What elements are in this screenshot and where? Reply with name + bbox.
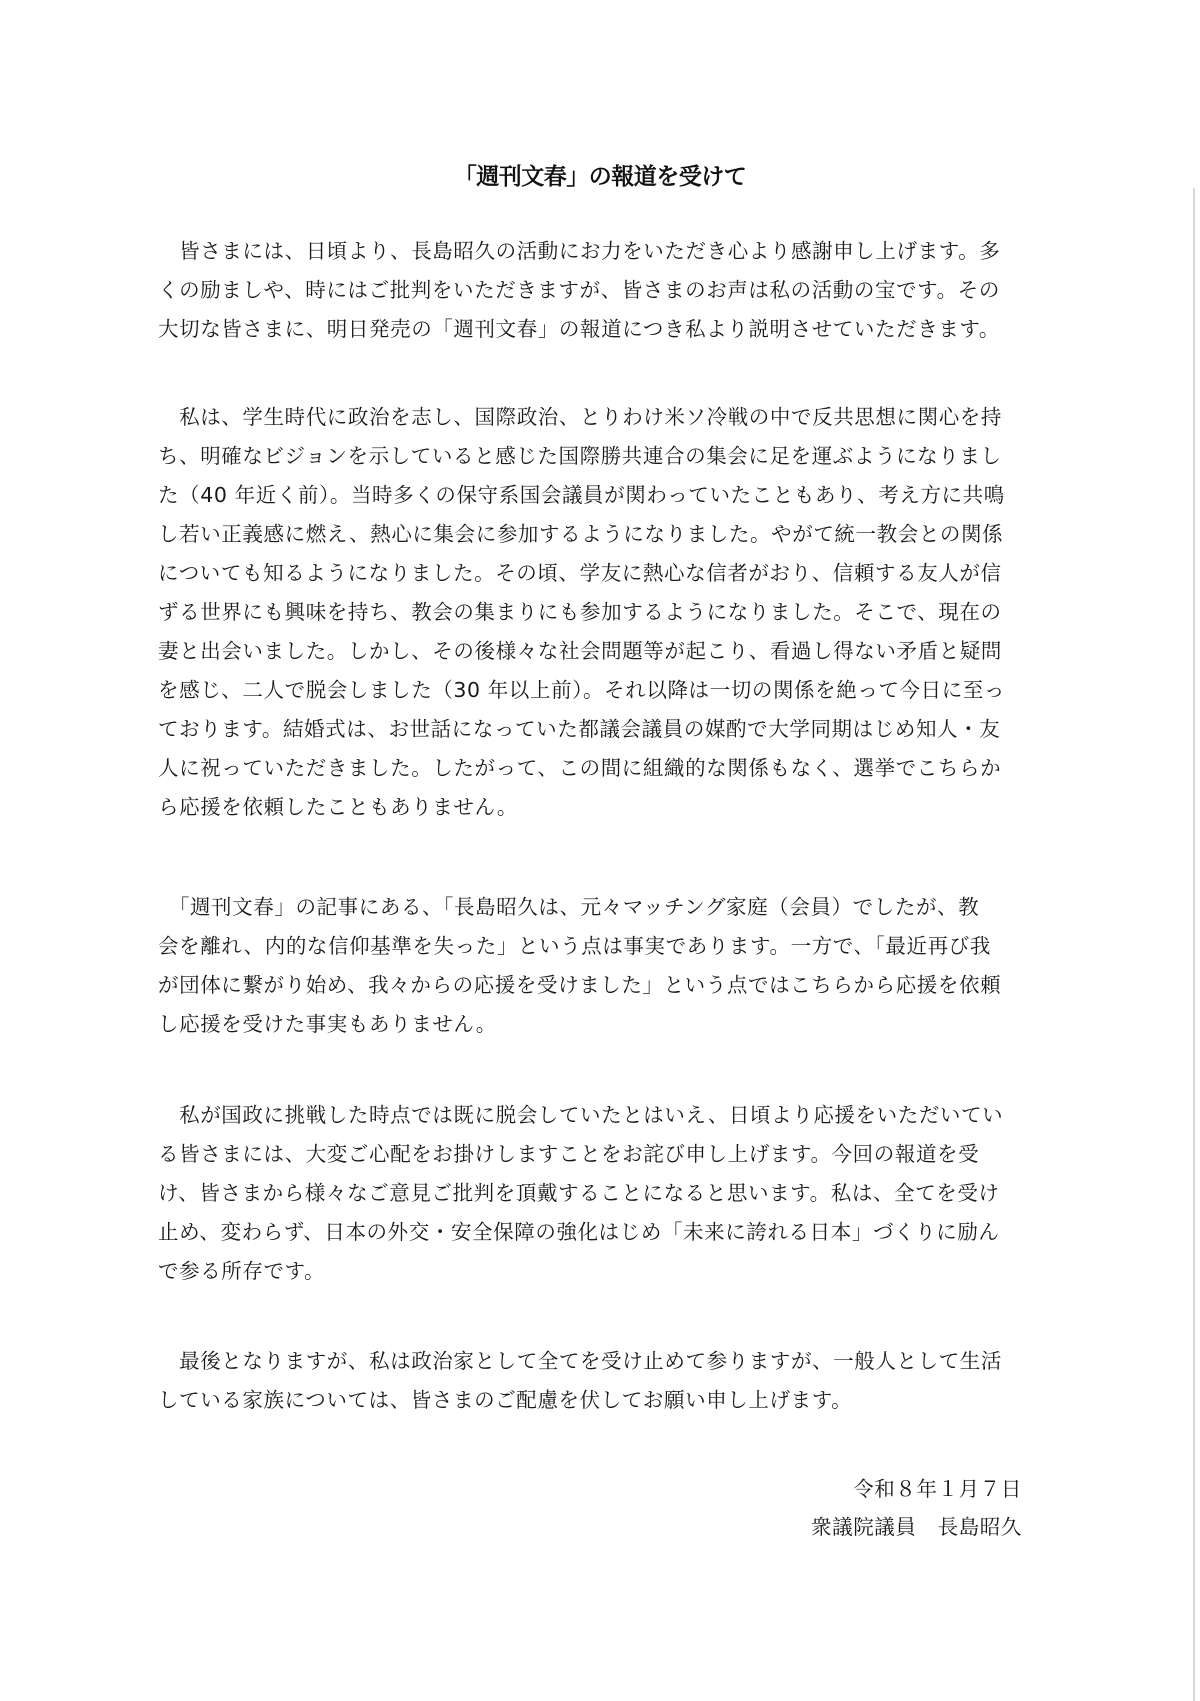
- text-line: ら応援を依頼したこともありません。: [158, 788, 1018, 827]
- signature-block: 令和８年１月７日 衆議院議員 長島昭久: [811, 1470, 1022, 1546]
- scan-edge-line: [1193, 188, 1195, 1701]
- text-line: ち、明確なビジョンを示していると感じた国際勝共連合の集会に足を運ぶようになりまし: [158, 437, 1018, 476]
- text-line: 皆さまには、日頃より、長島昭久の活動にお力をいただき心より感謝申し上げます。多: [158, 232, 1018, 271]
- text-line: を感じ、二人で脱会しました（30 年以上前）。それ以降は一切の関係を絶って今日に…: [158, 671, 1018, 710]
- text-line: についても知るようになりました。その頃、学友に熱心な信者がおり、信頼する友人が信: [158, 554, 1018, 593]
- text-line: している家族については、皆さまのご配慮を伏してお願い申し上げます。: [158, 1381, 1018, 1420]
- paragraph-greeting: 皆さまには、日頃より、長島昭久の活動にお力をいただき心より感謝申し上げます。多 …: [158, 232, 1018, 349]
- text-line: ております。結婚式は、お世話になっていた都議会議員の媒酌で大学同期はじめ知人・友: [158, 710, 1018, 749]
- paragraph-closing: 最後となりますが、私は政治家として全てを受け止めて参りますが、一般人として生活 …: [158, 1342, 1018, 1420]
- paragraph-apology: 私が国政に挑戦した時点では既に脱会していたとはいえ、日頃より応援をいただいてい …: [158, 1096, 1018, 1291]
- text-line: た（40 年近く前）。当時多くの保守系国会議員が関わっていたこともあり、考え方に…: [158, 476, 1018, 515]
- text-line: 私が国政に挑戦した時点では既に脱会していたとはいえ、日頃より応援をいただいてい: [158, 1096, 1018, 1135]
- text-line: くの励ましや、時にはご批判をいただきますが、皆さまのお声は私の活動の宝です。その: [158, 271, 1018, 310]
- paragraph-background: 私は、学生時代に政治を志し、国際政治、とりわけ米ソ冷戦の中で反共思想に関心を持 …: [158, 398, 1018, 827]
- text-line: 妻と出会いました。しかし、その後様々な社会問題等が起こり、看過し得ない矛盾と疑問: [158, 632, 1018, 671]
- text-line: ずる世界にも興味を持ち、教会の集まりにも参加するようになりました。そこで、現在の: [158, 593, 1018, 632]
- text-line: が団体に繋がり始め、我々からの応援を受けました」という点ではこちらから応援を依頼: [158, 966, 1018, 1005]
- text-line: 私は、学生時代に政治を志し、国際政治、とりわけ米ソ冷戦の中で反共思想に関心を持: [158, 398, 1018, 437]
- document-title: 「週刊文春」の報道を受けて: [0, 158, 1200, 191]
- text-line: 止め、変わらず、日本の外交・安全保障の強化はじめ「未来に誇れる日本」づくりに励ん: [158, 1213, 1018, 1252]
- paragraph-article-response: 「週刊文春」の記事にある、「長島昭久は、元々マッチング家庭（会員）でしたが、教 …: [158, 888, 1018, 1044]
- text-line: で参る所存です。: [158, 1252, 1018, 1291]
- text-line: け、皆さまから様々なご意見ご批判を頂戴することになると思います。私は、全てを受け: [158, 1174, 1018, 1213]
- text-line: る皆さまには、大変ご心配をお掛けしますことをお詫び申し上げます。今回の報道を受: [158, 1135, 1018, 1174]
- text-line: 会を離れ、内的な信仰基準を失った」という点は事実であります。一方で、「最近再び我: [158, 927, 1018, 966]
- text-line: 人に祝っていただきました。したがって、この間に組織的な関係もなく、選挙でこちらか: [158, 749, 1018, 788]
- text-line: 「週刊文春」の記事にある、「長島昭久は、元々マッチング家庭（会員）でしたが、教: [158, 888, 1018, 927]
- text-line: し若い正義感に燃え、熱心に集会に参加するようになりました。やがて統一教会との関係: [158, 515, 1018, 554]
- signature-author: 衆議院議員 長島昭久: [811, 1508, 1022, 1546]
- document-page: 「週刊文春」の報道を受けて 皆さまには、日頃より、長島昭久の活動にお力をいただき…: [0, 0, 1200, 1701]
- signature-date: 令和８年１月７日: [811, 1470, 1022, 1508]
- text-line: 大切な皆さまに、明日発売の「週刊文春」の報道につき私より説明させていただきます。: [158, 310, 1018, 349]
- text-line: 最後となりますが、私は政治家として全てを受け止めて参りますが、一般人として生活: [158, 1342, 1018, 1381]
- text-line: し応援を受けた事実もありません。: [158, 1005, 1018, 1044]
